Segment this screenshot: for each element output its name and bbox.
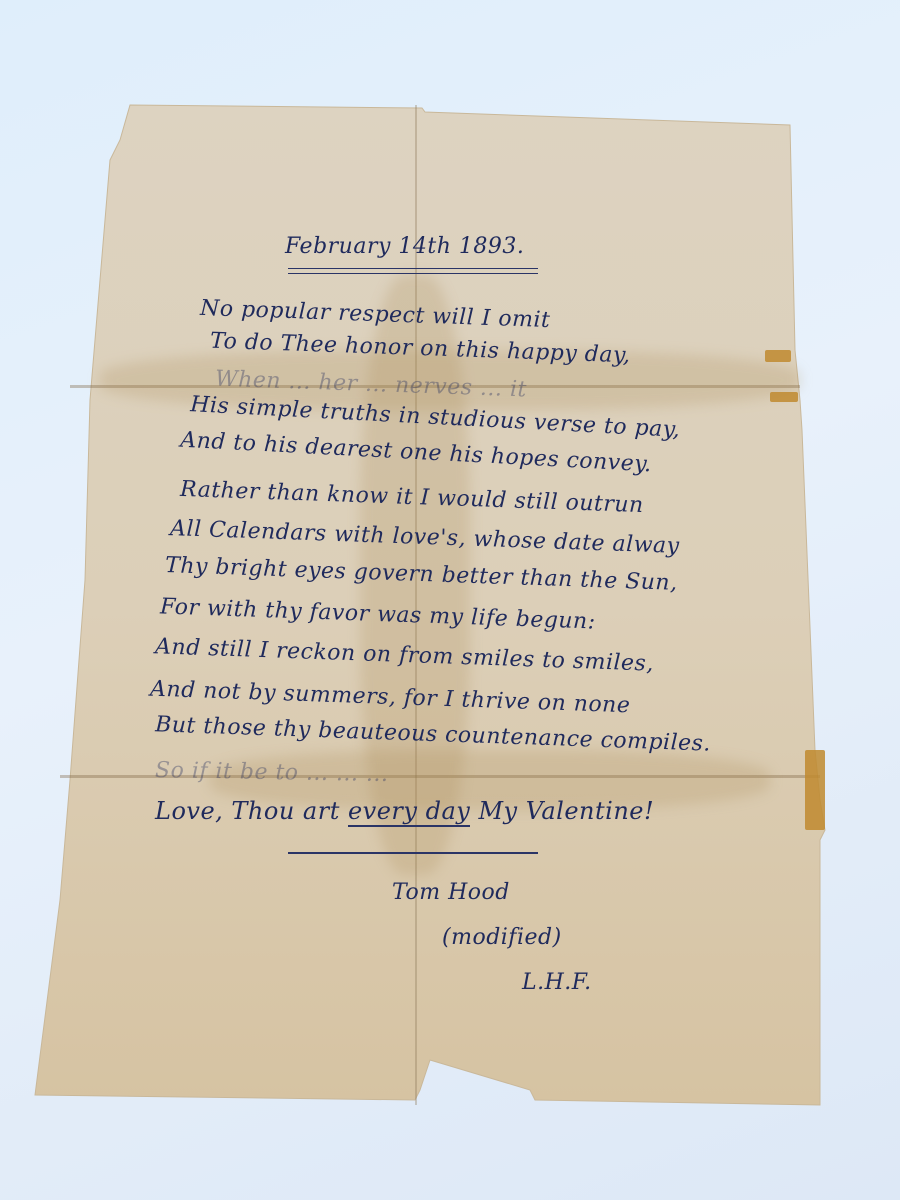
tape-fragment bbox=[770, 392, 798, 402]
letter-paper: February 14th 1893. No popular respect w… bbox=[30, 100, 830, 1110]
tape-fragment bbox=[805, 750, 825, 830]
closing-line: Love, Thou art every day My Valentine! bbox=[155, 797, 654, 825]
author-name: Tom Hood bbox=[392, 880, 510, 905]
tape-fragment bbox=[765, 350, 791, 362]
poem-line-13: So if it be to ... ... ... bbox=[155, 758, 389, 787]
letter-date: February 14th 1893. bbox=[285, 234, 524, 259]
signature-divider bbox=[288, 852, 538, 854]
closing-underlined: every day bbox=[348, 797, 470, 827]
date-underline bbox=[288, 268, 538, 274]
closing-before: Love, Thou art bbox=[155, 797, 348, 825]
signer-initials: L.H.F. bbox=[522, 970, 592, 995]
attribution-note: (modified) bbox=[442, 925, 562, 950]
closing-after: My Valentine! bbox=[470, 797, 654, 825]
